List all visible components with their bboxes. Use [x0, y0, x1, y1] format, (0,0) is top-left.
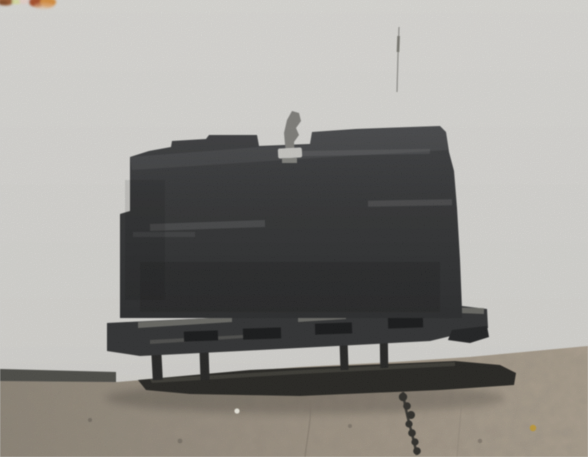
scene-svg: [0, 0, 588, 457]
photo-grain-light: [0, 0, 588, 457]
product-photo: [0, 0, 588, 457]
